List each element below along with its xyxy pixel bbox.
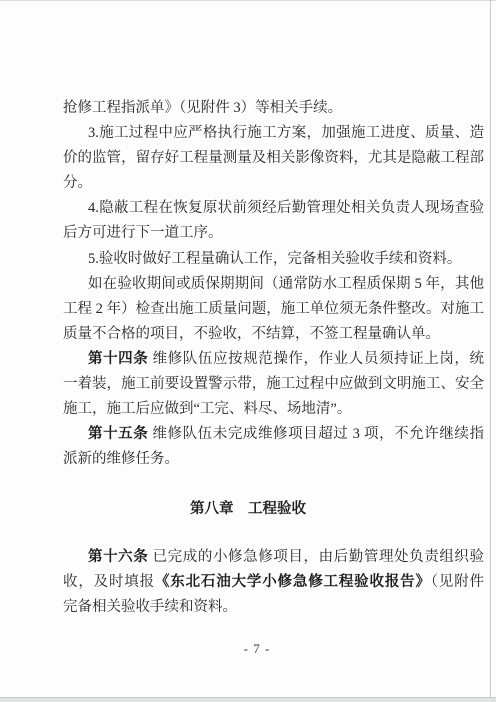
body-text-segment: 工程 2 年）检查出施工质量问题，施工单位须无条件整改。对施工 xyxy=(63,301,484,317)
text-line: 质量不合格的项目，不验收，不结算，不签工程量确认单。 xyxy=(63,322,484,347)
body-text-segment: 5.验收时做好工程量确认工作，完备相关验收手续和资料。 xyxy=(88,251,461,267)
text-line: 施工，施工后应做到“工完、料尽、场地清”。 xyxy=(63,397,484,422)
bold-text-segment: 第十四条 xyxy=(88,351,148,367)
bold-text-segment: 《东北石油大学小修急修工程验收报告》 xyxy=(155,574,431,590)
document-page: 抢修工程指派单》（见附件 3）等相关手续。3.施工过程中应严格执行施工方案，加强… xyxy=(0,0,496,702)
text-line: 抢修工程指派单》（见附件 3）等相关手续。 xyxy=(63,96,484,121)
body-text-segment: 维修队伍应按规范操作，作业人员须持证上岗，统 xyxy=(148,351,484,367)
body-text-segment: 3.施工过程中应严格执行施工方案，加强施工进度、质量、造 xyxy=(88,125,484,141)
text-line: 第十四条 维修队伍应按规范操作，作业人员须持证上岗，统 xyxy=(63,347,484,372)
text-line: 如在验收期间或质保期期间（通常防水工程质保期 5 年，其他 xyxy=(63,272,484,297)
body-text-segment: 如在验收期间或质保期期间（通常防水工程质保期 5 年，其他 xyxy=(88,276,484,292)
text-line: 4.隐蔽工程在恢复原状前须经后勤管理处相关负责人现场查验 xyxy=(63,196,484,221)
body-text-segment: 4.隐蔽工程在恢复原状前须经后勤管理处相关负责人现场查验 xyxy=(88,200,484,216)
scan-right-edge-line xyxy=(490,0,491,698)
body-text-segment: 一着装，施工前要设置警示带，施工过程中应做到文明施工、安全 xyxy=(63,376,484,392)
scan-top-edge xyxy=(0,0,496,1)
text-line: 第十五条 维修队伍未完成维修项目超过 3 项，不允许继续指 xyxy=(63,422,484,447)
body-text-segment: 抢修工程指派单》（见附件 3）等相关手续。 xyxy=(63,100,342,116)
text-line: 一着装，施工前要设置警示带，施工过程中应做到文明施工、安全 xyxy=(63,372,484,397)
text-line: 收，及时填报《东北石油大学小修急修工程验收报告》（见附件 4）， xyxy=(63,570,484,595)
chapter-heading: 第八章 工程验收 xyxy=(0,497,496,522)
body-text-segment: 质量不合格的项目，不验收，不结算，不签工程量确认单。 xyxy=(63,326,440,342)
body-text-segment: 价的监管，留存好工程量测量及相关影像资料，尤其是隐蔽工程部 xyxy=(63,150,484,166)
text-line: 价的监管，留存好工程量测量及相关影像资料，尤其是隐蔽工程部 xyxy=(63,146,484,171)
section-text-block: 第十六条 已完成的小修急修项目，由后勤管理处负责组织验收，及时填报《东北石油大学… xyxy=(63,545,484,620)
body-text-segment: 后方可进行下一道工序。 xyxy=(63,225,223,241)
body-text-block: 抢修工程指派单》（见附件 3）等相关手续。3.施工过程中应严格执行施工方案，加强… xyxy=(63,96,484,472)
body-text-segment: 已完成的小修急修项目，由后勤管理处负责组织验 xyxy=(148,549,484,565)
text-line: 后方可进行下一道工序。 xyxy=(63,221,484,246)
text-line: 工程 2 年）检查出施工质量问题，施工单位须无条件整改。对施工 xyxy=(63,297,484,322)
text-line: 完备相关验收手续和资料。 xyxy=(63,595,484,620)
bold-text-segment: 第十五条 xyxy=(88,426,148,442)
scan-bottom-edge xyxy=(0,697,496,702)
text-line: 分。 xyxy=(63,171,484,196)
text-line: 5.验收时做好工程量确认工作，完备相关验收手续和资料。 xyxy=(63,247,484,272)
body-text-segment: 分。 xyxy=(63,175,92,191)
body-text-segment: 收，及时填报 xyxy=(63,574,155,590)
body-text-segment: 维修队伍未完成维修项目超过 3 项，不允许继续指 xyxy=(148,426,484,442)
body-text-segment: 派新的维修任务。 xyxy=(63,451,179,467)
bold-text-segment: 第十六条 xyxy=(88,549,148,565)
body-text-segment: 完备相关验收手续和资料。 xyxy=(63,599,237,615)
body-text-segment: 施工，施工后应做到“工完、料尽、场地清”。 xyxy=(63,401,351,417)
page-number: - 7 - xyxy=(18,641,496,657)
text-line: 派新的维修任务。 xyxy=(63,447,484,472)
text-line: 3.施工过程中应严格执行施工方案，加强施工进度、质量、造 xyxy=(63,121,484,146)
text-line: 第十六条 已完成的小修急修项目，由后勤管理处负责组织验 xyxy=(63,545,484,570)
